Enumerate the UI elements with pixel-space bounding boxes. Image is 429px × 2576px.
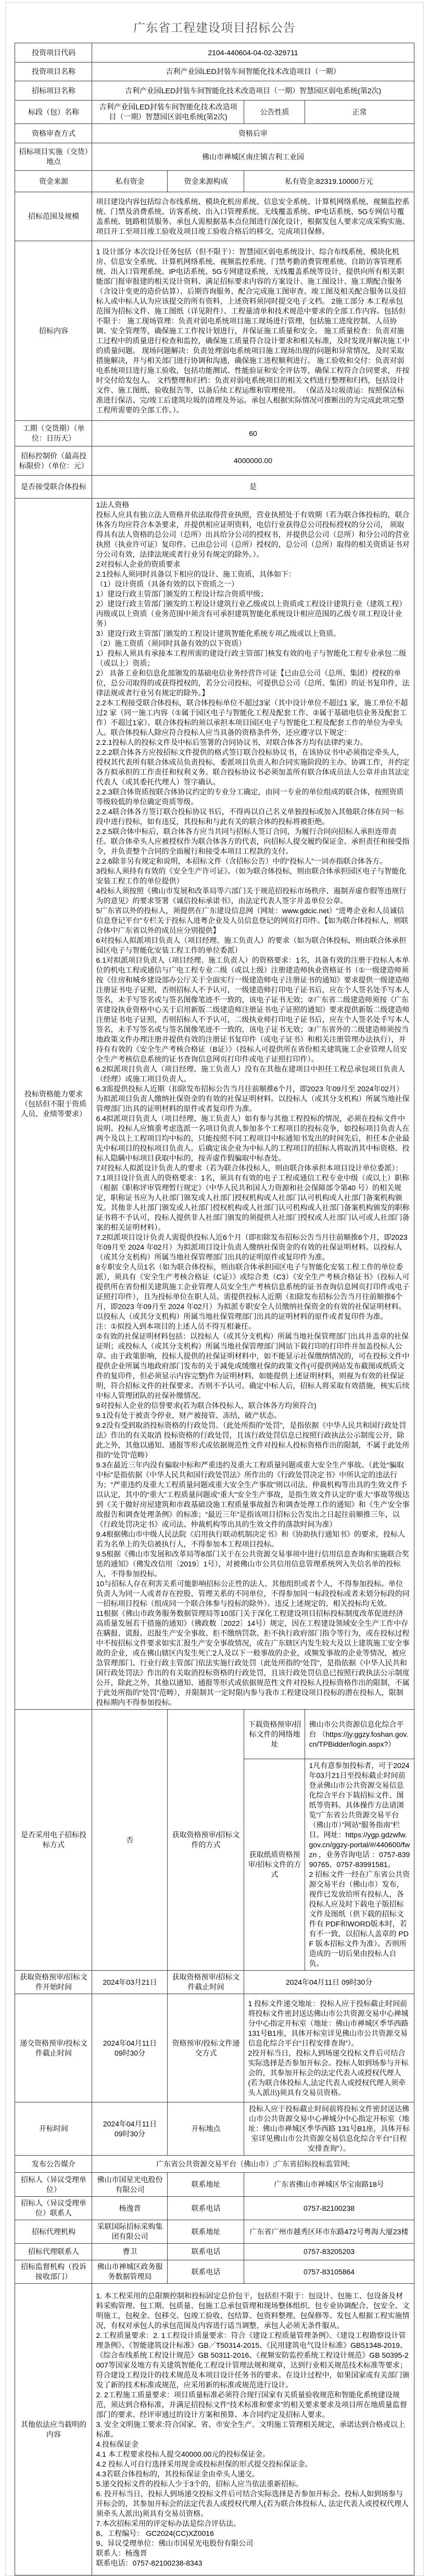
- value-agency-address: 广东省广州市越秀区环市东路472号粤海大厦23楼: [244, 2220, 414, 2244]
- label-scope: 招标范围及规模: [15, 192, 92, 241]
- label-duration: 工期（交货期）（单位：日历天）: [15, 421, 92, 446]
- label-funding-composition: 资金来源构成: [168, 171, 244, 192]
- value-bid-opening-place: 投标人应于投标截止时间前将投标文件密封送达佛山市公共资源交易中心禅城分中心指定开…: [244, 2102, 414, 2156]
- label-tenderer-phone: 联系电话: [168, 2197, 244, 2220]
- label-agency: 招标代理机构: [15, 2220, 92, 2244]
- value-location: 佛山市禅城区南庄镇吉利工业园: [92, 143, 414, 171]
- table-row: 投标资格能力要求（包括但不限于资质人员、业绩等要求） 1法人资格 投标人应具有独…: [15, 499, 414, 1710]
- value-control-price: 4000000.00: [92, 446, 414, 476]
- label-bid-opening-place: 开标地点: [168, 2102, 244, 2156]
- table-row: 招标项目实施（交货）地点 佛山市禅城区南庄镇吉利工业园: [15, 143, 414, 171]
- table-row: 招标人（异议受理单位）联系人 杨逸晋 联系电话 0757-82100238: [15, 2197, 414, 2220]
- label-qualification-review: 资格审查方式: [15, 124, 92, 143]
- label-supervisor: 招标监督机构（投诉接收部门）: [15, 2260, 92, 2284]
- label-tender-project-name: 招标项目名称: [15, 81, 92, 101]
- value-submission-deadline: 2024年04月11日 09时30分: [92, 1994, 168, 2102]
- value-tenderer: 佛山市国星光电股份有限公司: [92, 2173, 168, 2197]
- label-funding-source: 资金来源: [15, 171, 92, 192]
- value-tenderer-address: 广东省佛山市禅城区华宝南路18号: [244, 2173, 414, 2197]
- announcement-table: 投资项目代码 2104-440604-04-02-329711 投资项目名称 吉…: [15, 43, 414, 2575]
- value-other-content: 1. 本工程采用的总限额控制和投标固定总价包干，包括但不限于：包设计、包施工、包…: [92, 2284, 414, 2575]
- value-duration: 60: [92, 421, 414, 446]
- table-row: 招标监督机构（投诉接收部门） 佛山市禅城区政务服务数据管理局 联系电话 0757…: [15, 2260, 414, 2284]
- value-notice-nature: 正常: [305, 101, 414, 124]
- table-row: 招标控制价（最高投标限价）（单位：元） 4000000.00: [15, 446, 414, 476]
- value-qualification-review: 资格后审: [92, 124, 414, 143]
- table-row: 资格审查方式 资格后审: [15, 124, 414, 143]
- table-row: 招标内容 1 设计部分 本次设计任务包括（但不限于）：智慧园区弱电系统设计、综合…: [15, 241, 414, 421]
- value-consortium: 是: [92, 476, 414, 499]
- value-scope: 项目建设内容包括综合布线系统、模块化机房系统、信息安全系统、计算机网络系统、视频…: [92, 192, 414, 241]
- table-row: 开标时间 2024年04月11日 09时30分 开标地点 投标人应于投标截止时间…: [15, 2102, 414, 2156]
- table-row: 投资项目名称 吉利产业园LED封装车间智能化技术改造项目（一期）: [15, 63, 414, 81]
- label-agency-contact: 招标代理联系人: [15, 2244, 92, 2260]
- label-consortium: 是否接受联合体投标: [15, 476, 92, 499]
- table-row: 资金来源 私有资金 资金来源构成 私有资金:82319.10000万元: [15, 171, 414, 192]
- value-funding-source: 私有资金: [92, 171, 168, 192]
- value-agency-contact: 曹卫: [92, 2244, 168, 2260]
- value-obtain-start-time: 2024年03月21日: [92, 1971, 168, 1994]
- label-notice-nature: 公告性质: [244, 101, 305, 124]
- value-bid-opening-time: 2024年04月11日 09时30分: [92, 2102, 168, 2156]
- value-qualification-requirements: 1法人资格 投标人应具有独立法人资格并依法取得营业执照，营业执照处于有效期（若为…: [92, 499, 414, 1710]
- label-obtain-end-time: 获取资格预审/招标文件截止时间: [168, 1971, 244, 1994]
- table-row: 招标代理联系人 曹卫 联系电话 0757-83205203: [15, 2244, 414, 2260]
- label-tenderer: 招标人（异议受理单位）: [15, 2173, 92, 2197]
- value-electronic-bidding: 否: [92, 1710, 168, 1971]
- table-row: 是否采用电子招标投标方式 否 获取资格预审/招标文件的方式 下载资格预审/招标文…: [15, 1710, 414, 1759]
- label-qualification-requirements: 投标资格能力要求（包括但不限于资质人员、业绩等要求）: [15, 499, 92, 1710]
- label-electronic-bidding: 是否采用电子招标投标方式: [15, 1710, 92, 1971]
- label-bid-opening-time: 开标时间: [15, 2102, 92, 2156]
- label-project-code: 投资项目代码: [15, 43, 92, 63]
- label-other-content: 其他依法应当载明的内容: [15, 2284, 92, 2575]
- page-frame: 广东省工程建设项目招标公告 投资项目代码 2104-440604-04-02-3…: [5, 2, 424, 2576]
- table-row: 招标人（异议受理单位） 佛山市国星光电股份有限公司 联系地址 广东省佛山市禅城区…: [15, 2173, 414, 2197]
- table-row: 投资项目代码 2104-440604-04-02-329711: [15, 43, 414, 63]
- table-row: 招标范围及规模 项目建设内容包括综合布线系统、模块化机房系统、信息安全系统、计算…: [15, 192, 414, 241]
- label-investment-project-name: 投资项目名称: [15, 63, 92, 81]
- label-agency-address: 联系地址: [168, 2220, 244, 2244]
- value-supervisor-phone: 0757-83105864: [244, 2260, 414, 2284]
- value-funding-composition: 私有资金:82319.10000万元: [244, 171, 414, 192]
- value-agency-phone: 0757-83205203: [244, 2244, 414, 2260]
- value-investment-project-name: 吉利产业园LED封装车间智能化技术改造项目（一期）: [92, 63, 414, 81]
- value-obtain-end-time: 2024年04月11日 09时30分: [244, 1971, 414, 1994]
- table-row: 标段（包）名称 吉利产业园LED封装车间智能化技术改造项目（一期）智慧园区弱电系…: [15, 101, 414, 124]
- label-tenderer-contact: 招标人（异议受理单位）联系人: [15, 2197, 92, 2220]
- page-title: 广东省工程建设项目招标公告: [6, 18, 423, 35]
- value-download-url: 佛山市公共资源信息化综合平台 （https://jy.ggzy.foshan.g…: [305, 1710, 414, 1759]
- label-tenderer-address: 联系地址: [168, 2173, 244, 2197]
- value-tender-content: 1 设计部分 本次设计任务包括（但不限于）：智慧园区弱电系统设计、综合布线系统、…: [92, 241, 414, 421]
- label-section-name: 标段（包）名称: [15, 101, 92, 124]
- value-section-name: 吉利产业园LED封装车间智能化技术改造项目（一期）智慧园区弱电系统(第2次): [92, 101, 244, 124]
- label-download-url: 下载资格预审/招标文件的网络地址: [244, 1710, 305, 1759]
- value-tenderer-phone: 0757-82100238: [244, 2197, 414, 2220]
- value-media: 广东省公共资源交易平台（佛山市）;广东省招标投标监管网;: [92, 2156, 414, 2173]
- table-row: 发布公告媒介 广东省公共资源交易平台（佛山市）;广东省招标投标监管网;: [15, 2156, 414, 2173]
- table-row: 获取资格预审/招标文件开始时间 2024年03月21日 获取资格预审/招标文件截…: [15, 1971, 414, 1994]
- label-submission-method: 资格预审/投标文件递交方式: [168, 1994, 244, 2102]
- label-supervisor-phone: 联系电话: [168, 2260, 244, 2284]
- table-row: 是否接受联合体投标 是: [15, 476, 414, 499]
- value-submission-method: 1 投标文件递交地址：投标人应于投标截止时间前将投标文件密封送达佛山市公共资源交…: [244, 1994, 414, 2102]
- value-paper-method: 1凡有意参加投标者，可于2024年03月21日至投标截止时间前登录佛山市公共资源…: [305, 1759, 414, 1971]
- table-row: 递交资格预审/投标文件截止时间 2024年04月11日 09时30分 资格预审/…: [15, 1994, 414, 2102]
- value-project-code: 2104-440604-04-02-329711: [92, 43, 414, 63]
- label-paper-method: 获取纸质资格预审/招标文件的方式: [244, 1759, 305, 1971]
- table-row: 招标代理机构 采联国际招标采购集团有限公司 联系地址 广东省广州市越秀区环市东路…: [15, 2220, 414, 2244]
- label-location: 招标项目实施（交货）地点: [15, 143, 92, 171]
- table-row: 招标项目名称 吉利产业园LED封装车间智能化技术改造项目（一期）智慧园区弱电系统…: [15, 81, 414, 101]
- table-row: 工期（交货期）（单位：日历天） 60: [15, 421, 414, 446]
- label-obtain-start-time: 获取资格预审/招标文件开始时间: [15, 1971, 92, 1994]
- label-obtain-method: 获取资格预审/招标文件的方式: [168, 1710, 244, 1971]
- label-control-price: 招标控制价（最高投标限价）（单位：元）: [15, 446, 92, 476]
- value-supervisor: 佛山市禅城区政务服务数据管理局: [92, 2260, 168, 2284]
- value-tenderer-contact: 杨逸晋: [92, 2197, 168, 2220]
- label-media: 发布公告媒介: [15, 2156, 92, 2173]
- value-agency: 采联国际招标采购集团有限公司: [92, 2220, 168, 2244]
- label-submission-deadline: 递交资格预审/投标文件截止时间: [15, 1994, 92, 2102]
- table-row: 其他依法应当载明的内容 1. 本工程采用的总限额控制和投标固定总价包干，包括但不…: [15, 2284, 414, 2575]
- value-tender-project-name: 吉利产业园LED封装车间智能化技术改造项目（一期）智慧园区弱电系统(第2次): [92, 81, 414, 101]
- label-agency-phone: 联系电话: [168, 2244, 244, 2260]
- label-tender-content: 招标内容: [15, 241, 92, 421]
